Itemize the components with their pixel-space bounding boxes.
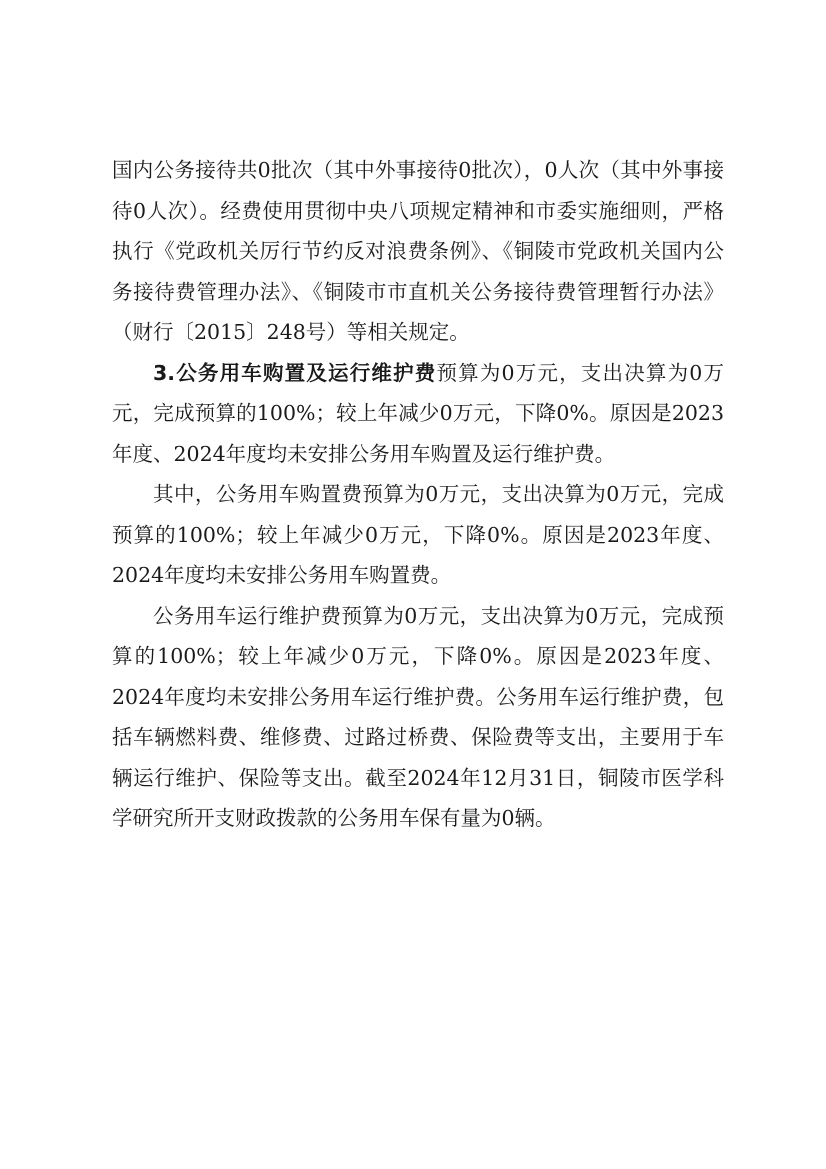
paragraph-vehicle-total: 3.公务用车购置及运行维护费预算为0万元，支出决算为0万元，完成预算的100%；… <box>112 353 724 475</box>
paragraph-official-reception: 国内公务接待共0批次（其中外事接待0批次），0人次（其中外事接待0人次）。经费使… <box>112 150 724 353</box>
section-heading: 3.公务用车购置及运行维护费 <box>153 361 436 385</box>
paragraph-vehicle-operation: 公务用车运行维护费预算为0万元，支出决算为0万元，完成预算的100%；较上年减少… <box>112 596 724 839</box>
document-page: 国内公务接待共0批次（其中外事接待0批次），0人次（其中外事接待0人次）。经费使… <box>112 150 724 839</box>
paragraph-vehicle-purchase: 其中，公务用车购置费预算为0万元，支出决算为0万元，完成预算的100%；较上年减… <box>112 474 724 596</box>
